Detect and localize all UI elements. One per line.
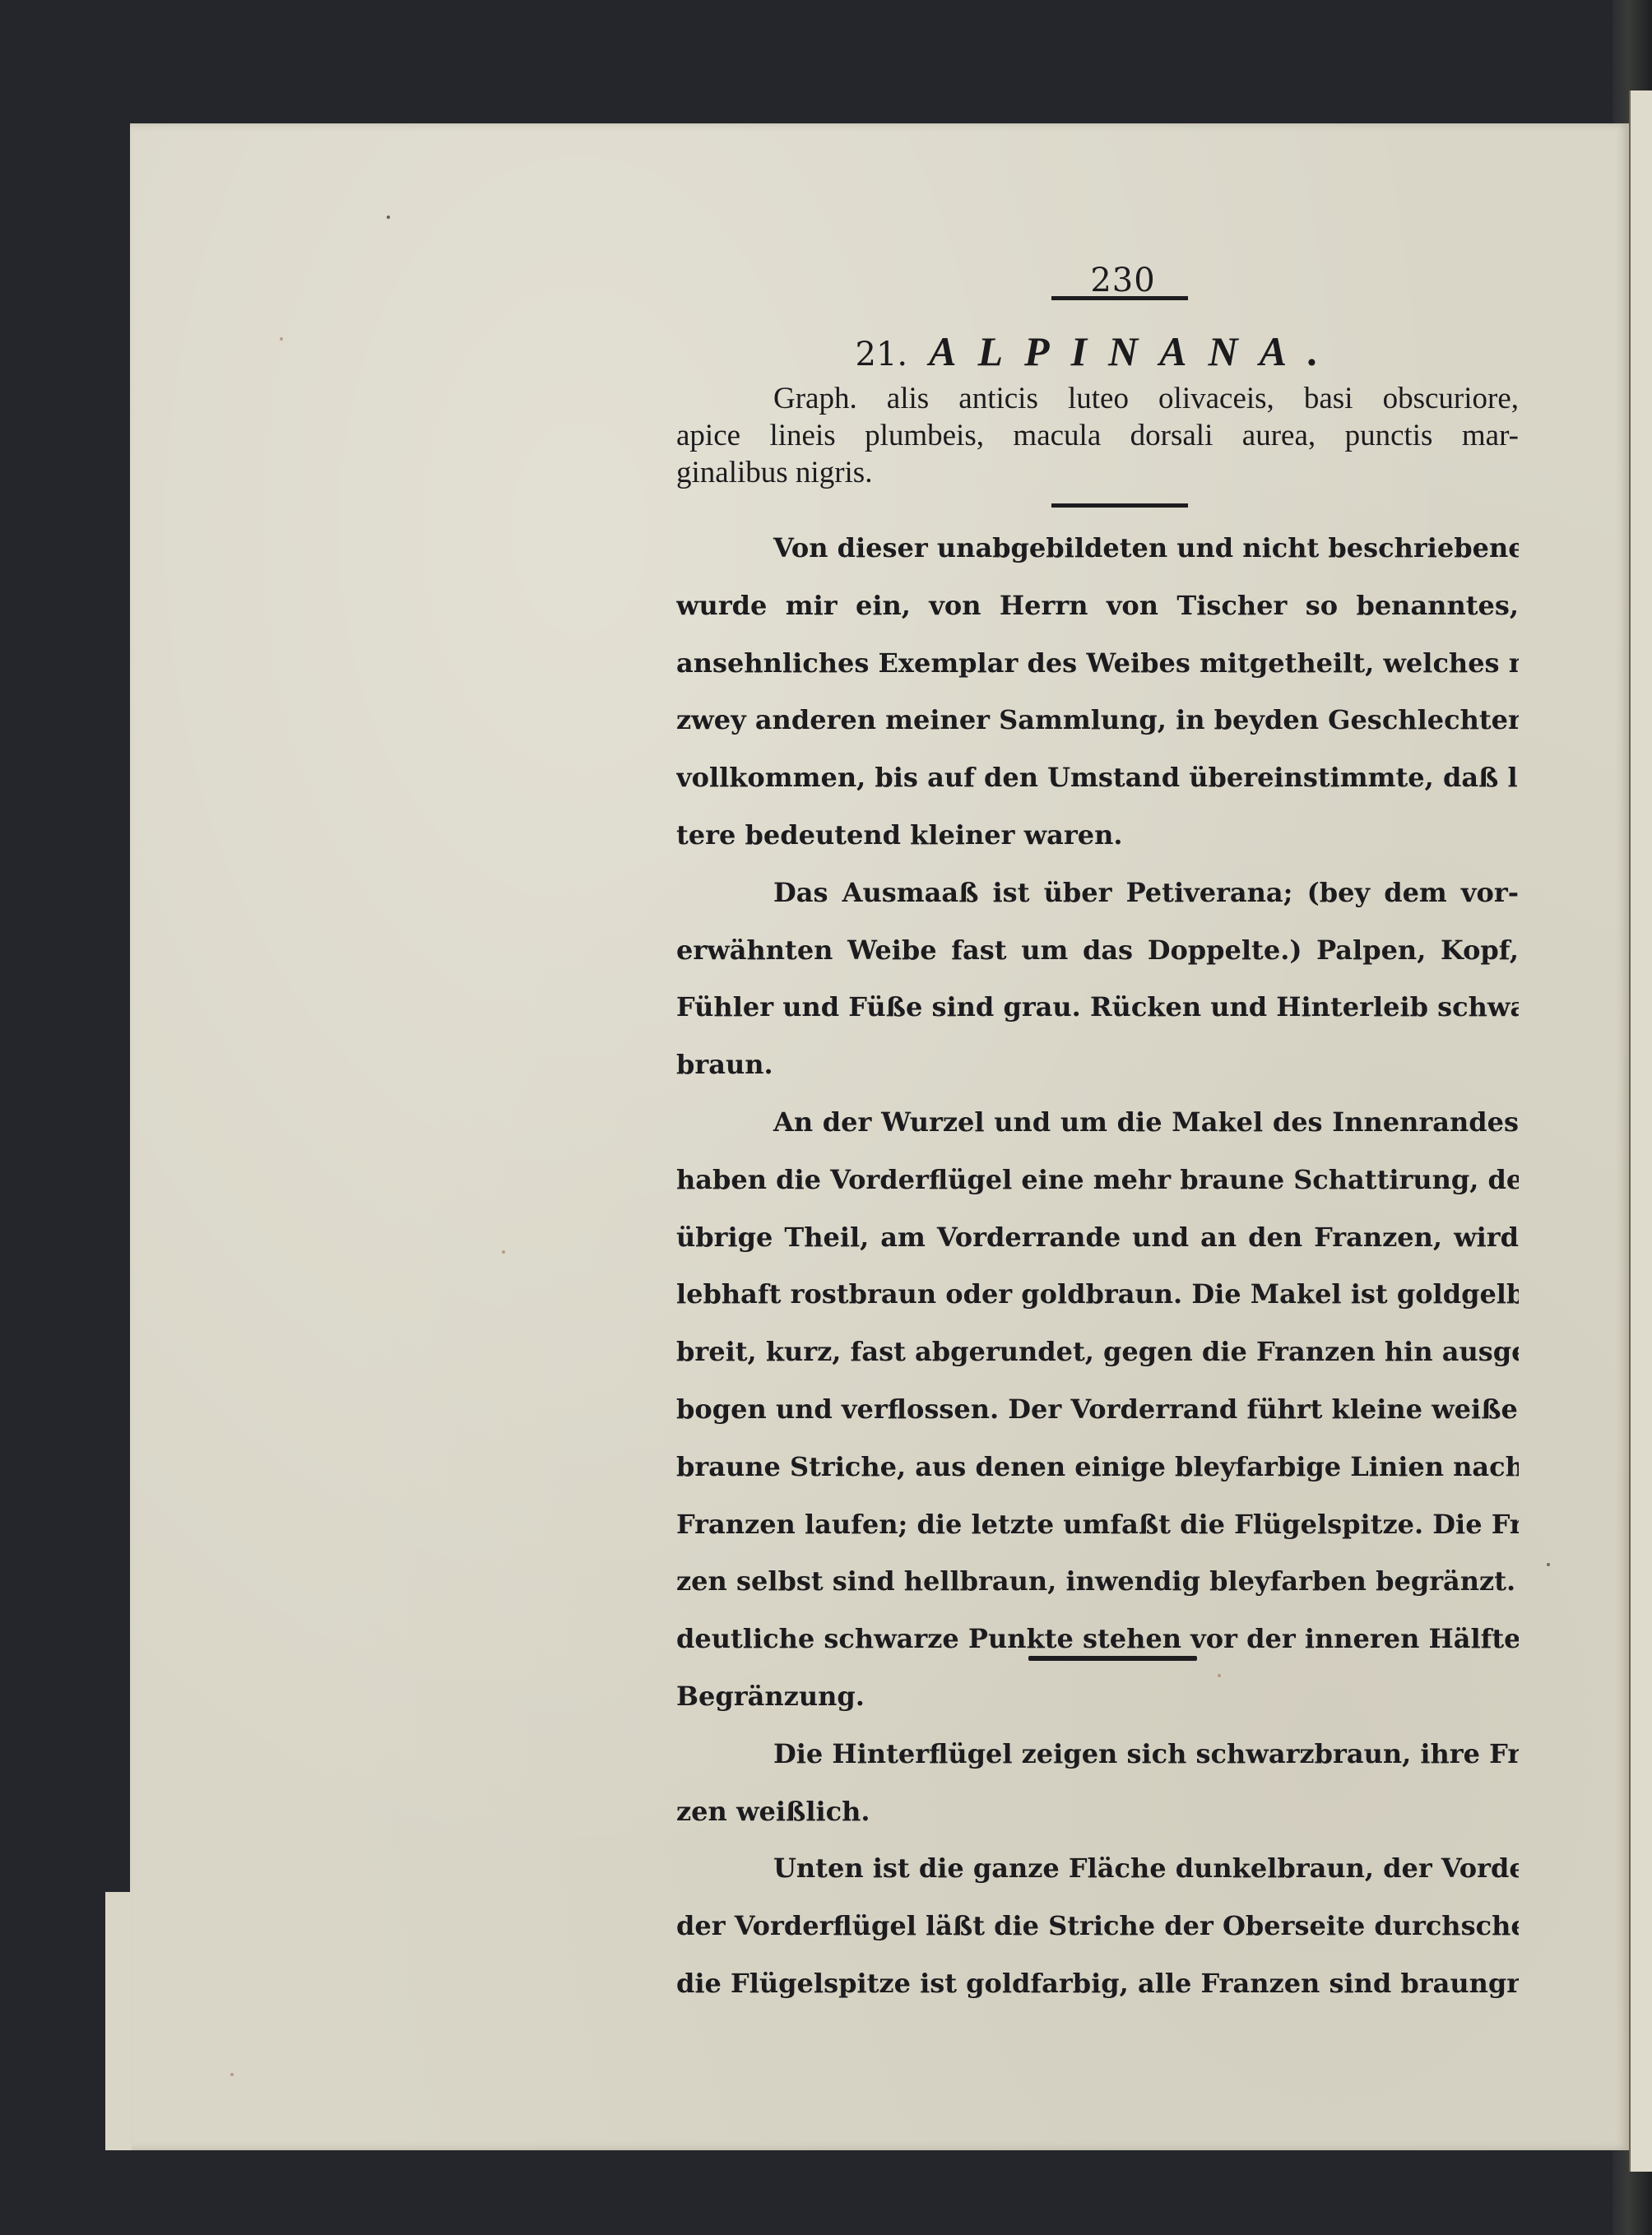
species-heading: 21.ALPINANA. [676, 327, 1519, 375]
paragraph-1-line: wurde mir ein, von Herrn von Tischer so … [676, 577, 1519, 635]
paragraph-3-line: haben die Vorderflügel eine mehr braune … [676, 1152, 1519, 1209]
paper-speck [502, 1250, 505, 1254]
paragraph-3-line: bogen und verflossen. Der Vorderrand füh… [676, 1381, 1519, 1439]
paragraph-3-line: übrige Theil, am Vorderrande und an den … [676, 1209, 1519, 1267]
latin-line: Graph. alis anticis luteo olivaceis, bas… [676, 380, 1519, 417]
paragraph-3-line: Franzen laufen; die letzte umfaßt die Fl… [676, 1496, 1519, 1554]
paper-speck [230, 2073, 234, 2076]
latin-line: ginalibus nigris. [676, 454, 1519, 491]
paragraph-3-line: lebhaft rostbraun oder goldbraun. Die Ma… [676, 1266, 1519, 1324]
paragraph-3-line: breit, kurz, fast abgerundet, gegen die … [676, 1324, 1519, 1381]
paragraph-1-line: zwey anderen meiner Sammlung, in beyden … [676, 692, 1519, 749]
page-number: 230 [1070, 262, 1176, 299]
book-page-corner [105, 1892, 132, 2150]
section-divider [1051, 503, 1188, 508]
facing-page-edge [1629, 90, 1652, 2172]
species-name: ALPINANA. [929, 328, 1339, 374]
paper-speck [280, 337, 283, 341]
paragraph-3-line: Begränzung. [676, 1668, 1519, 1726]
paragraph-2-line: braun. [676, 1036, 1519, 1094]
paragraph-3-line: braune Striche, aus denen einige bleyfar… [676, 1439, 1519, 1496]
paragraph-5-line: der Vorderflügel läßt die Striche der Ob… [676, 1898, 1519, 1955]
paragraph-5-line: Unten ist die ganze Fläche dunkelbraun, … [676, 1840, 1519, 1898]
paragraph-4-line: Die Hinterflügel zeigen sich schwarzbrau… [676, 1726, 1519, 1783]
paragraph-2-line: erwähnten Weibe fast um das Doppelte.) P… [676, 922, 1519, 980]
end-of-section-rule [1028, 1656, 1197, 1661]
paragraph-3-line: An der Wurzel und um die Makel des Innen… [676, 1094, 1519, 1152]
paragraph-2-line: Fühler und Füße sind grau. Rücken und Hi… [676, 979, 1519, 1036]
description-body: Von dieser unabgebildeten und nicht besc… [676, 520, 1519, 2013]
paragraph-1-line: ansehnliches Exemplar des Weibes mitgeth… [676, 635, 1519, 693]
species-number: 21. [856, 336, 908, 373]
paper-speck [1547, 1563, 1550, 1566]
paragraph-1-line: tere bedeutend kleiner waren. [676, 807, 1519, 865]
latin-diagnosis: Graph. alis anticis luteo olivaceis, bas… [676, 380, 1519, 491]
paragraph-1-line: Von dieser unabgebildeten und nicht besc… [676, 520, 1519, 577]
paragraph-4-line: zen weißlich. [676, 1783, 1519, 1841]
paragraph-2-line: Das Ausmaaß ist über Petiverana; (bey de… [676, 865, 1519, 922]
paragraph-1-line: vollkommen, bis auf den Umstand übereins… [676, 749, 1519, 807]
page-number-underline [1051, 296, 1188, 300]
paper-speck [387, 216, 390, 219]
paragraph-3-line: zen selbst sind hellbraun, inwendig bley… [676, 1553, 1519, 1611]
latin-line: apice lineis plumbeis, macula dorsali au… [676, 417, 1519, 454]
paragraph-5-line: die Flügelspitze ist goldfarbig, alle Fr… [676, 1955, 1519, 2013]
